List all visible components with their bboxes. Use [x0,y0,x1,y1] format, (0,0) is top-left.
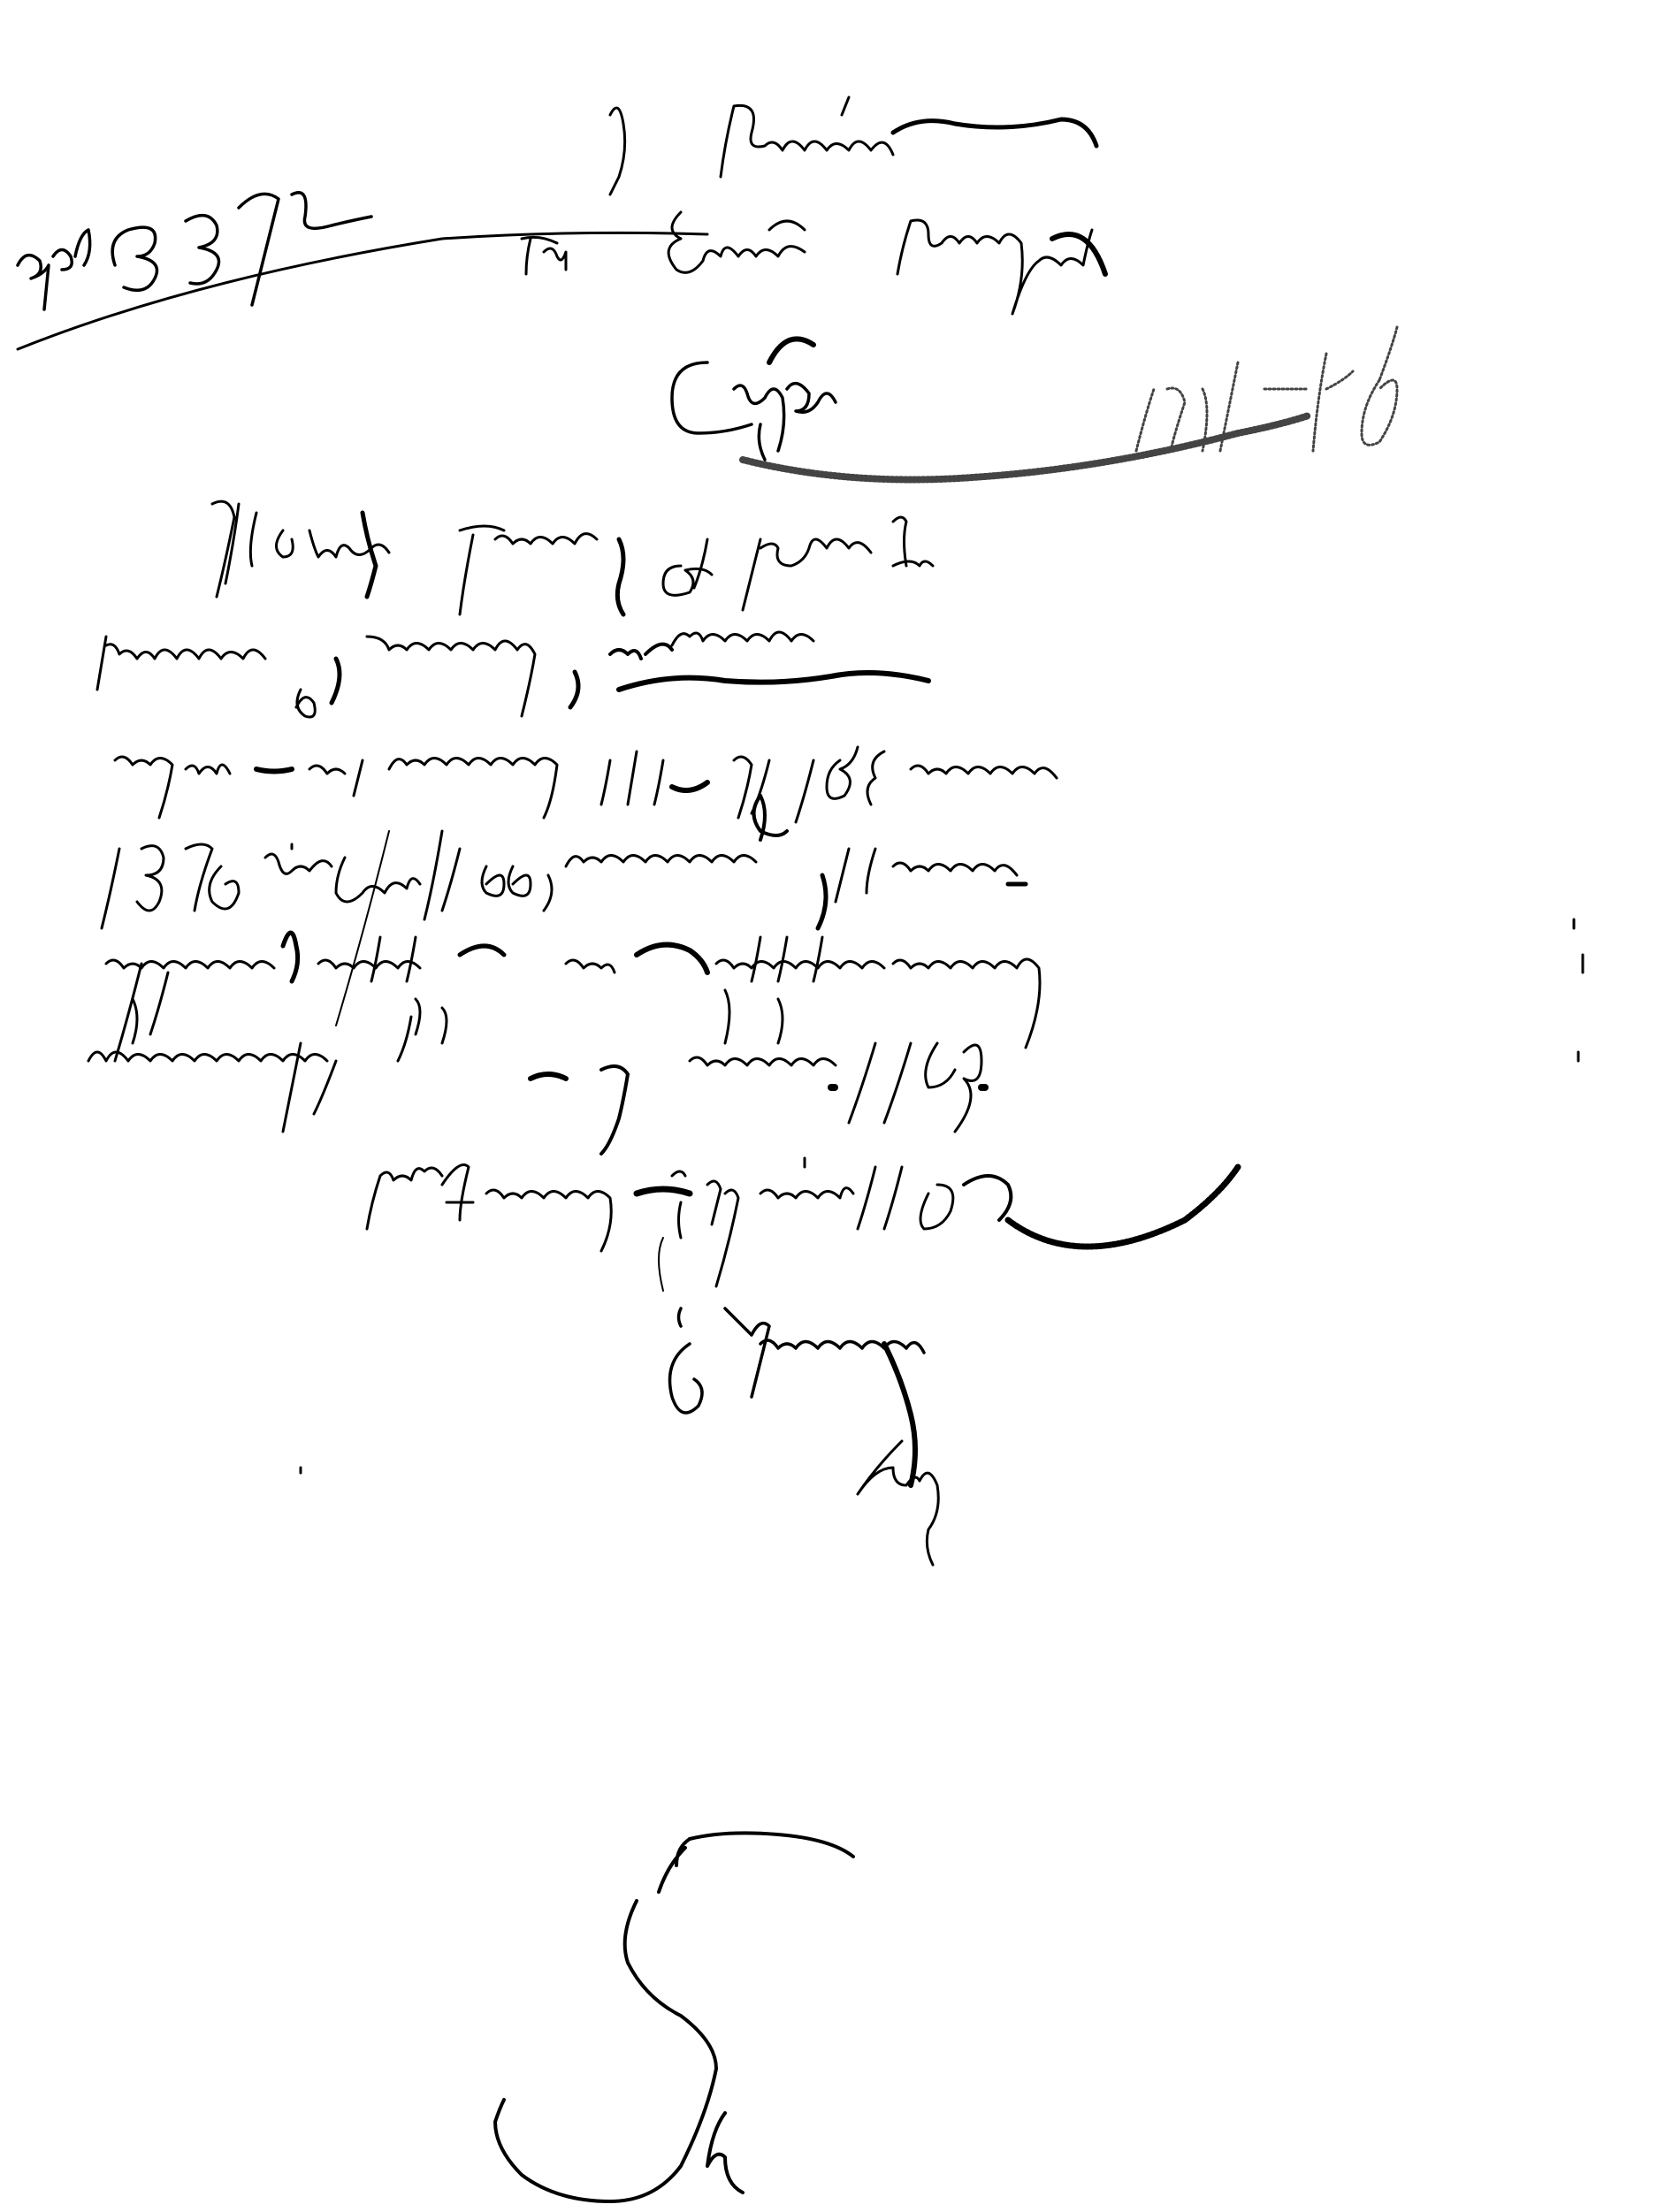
body-line-6-strokes [88,990,985,1154]
place-date-strokes [367,1158,1238,1291]
body-line-1-strokes [212,501,933,614]
signature-strokes [858,1441,938,1565]
city-heading-strokes [672,339,836,460]
header-line-2-strokes [522,212,1105,314]
reference-number-strokes [18,193,707,349]
header-line-1-strokes [610,97,1096,195]
body-line-3-strokes [115,747,1057,822]
margin-specks [301,919,1583,1473]
document-page: Ἡ Γραμματεία ἀριθ. 3372 τῆς Ἐθνικῆς Πανη… [0,0,1680,2212]
body-line-2-strokes [97,632,928,717]
pencil-annotation-strokes [743,327,1397,480]
footer-mark-strokes [495,1833,853,2201]
handwriting-strokes [0,0,1680,2212]
body-line-4-strokes [102,796,1026,1026]
body-line-5-strokes [106,933,1040,1061]
